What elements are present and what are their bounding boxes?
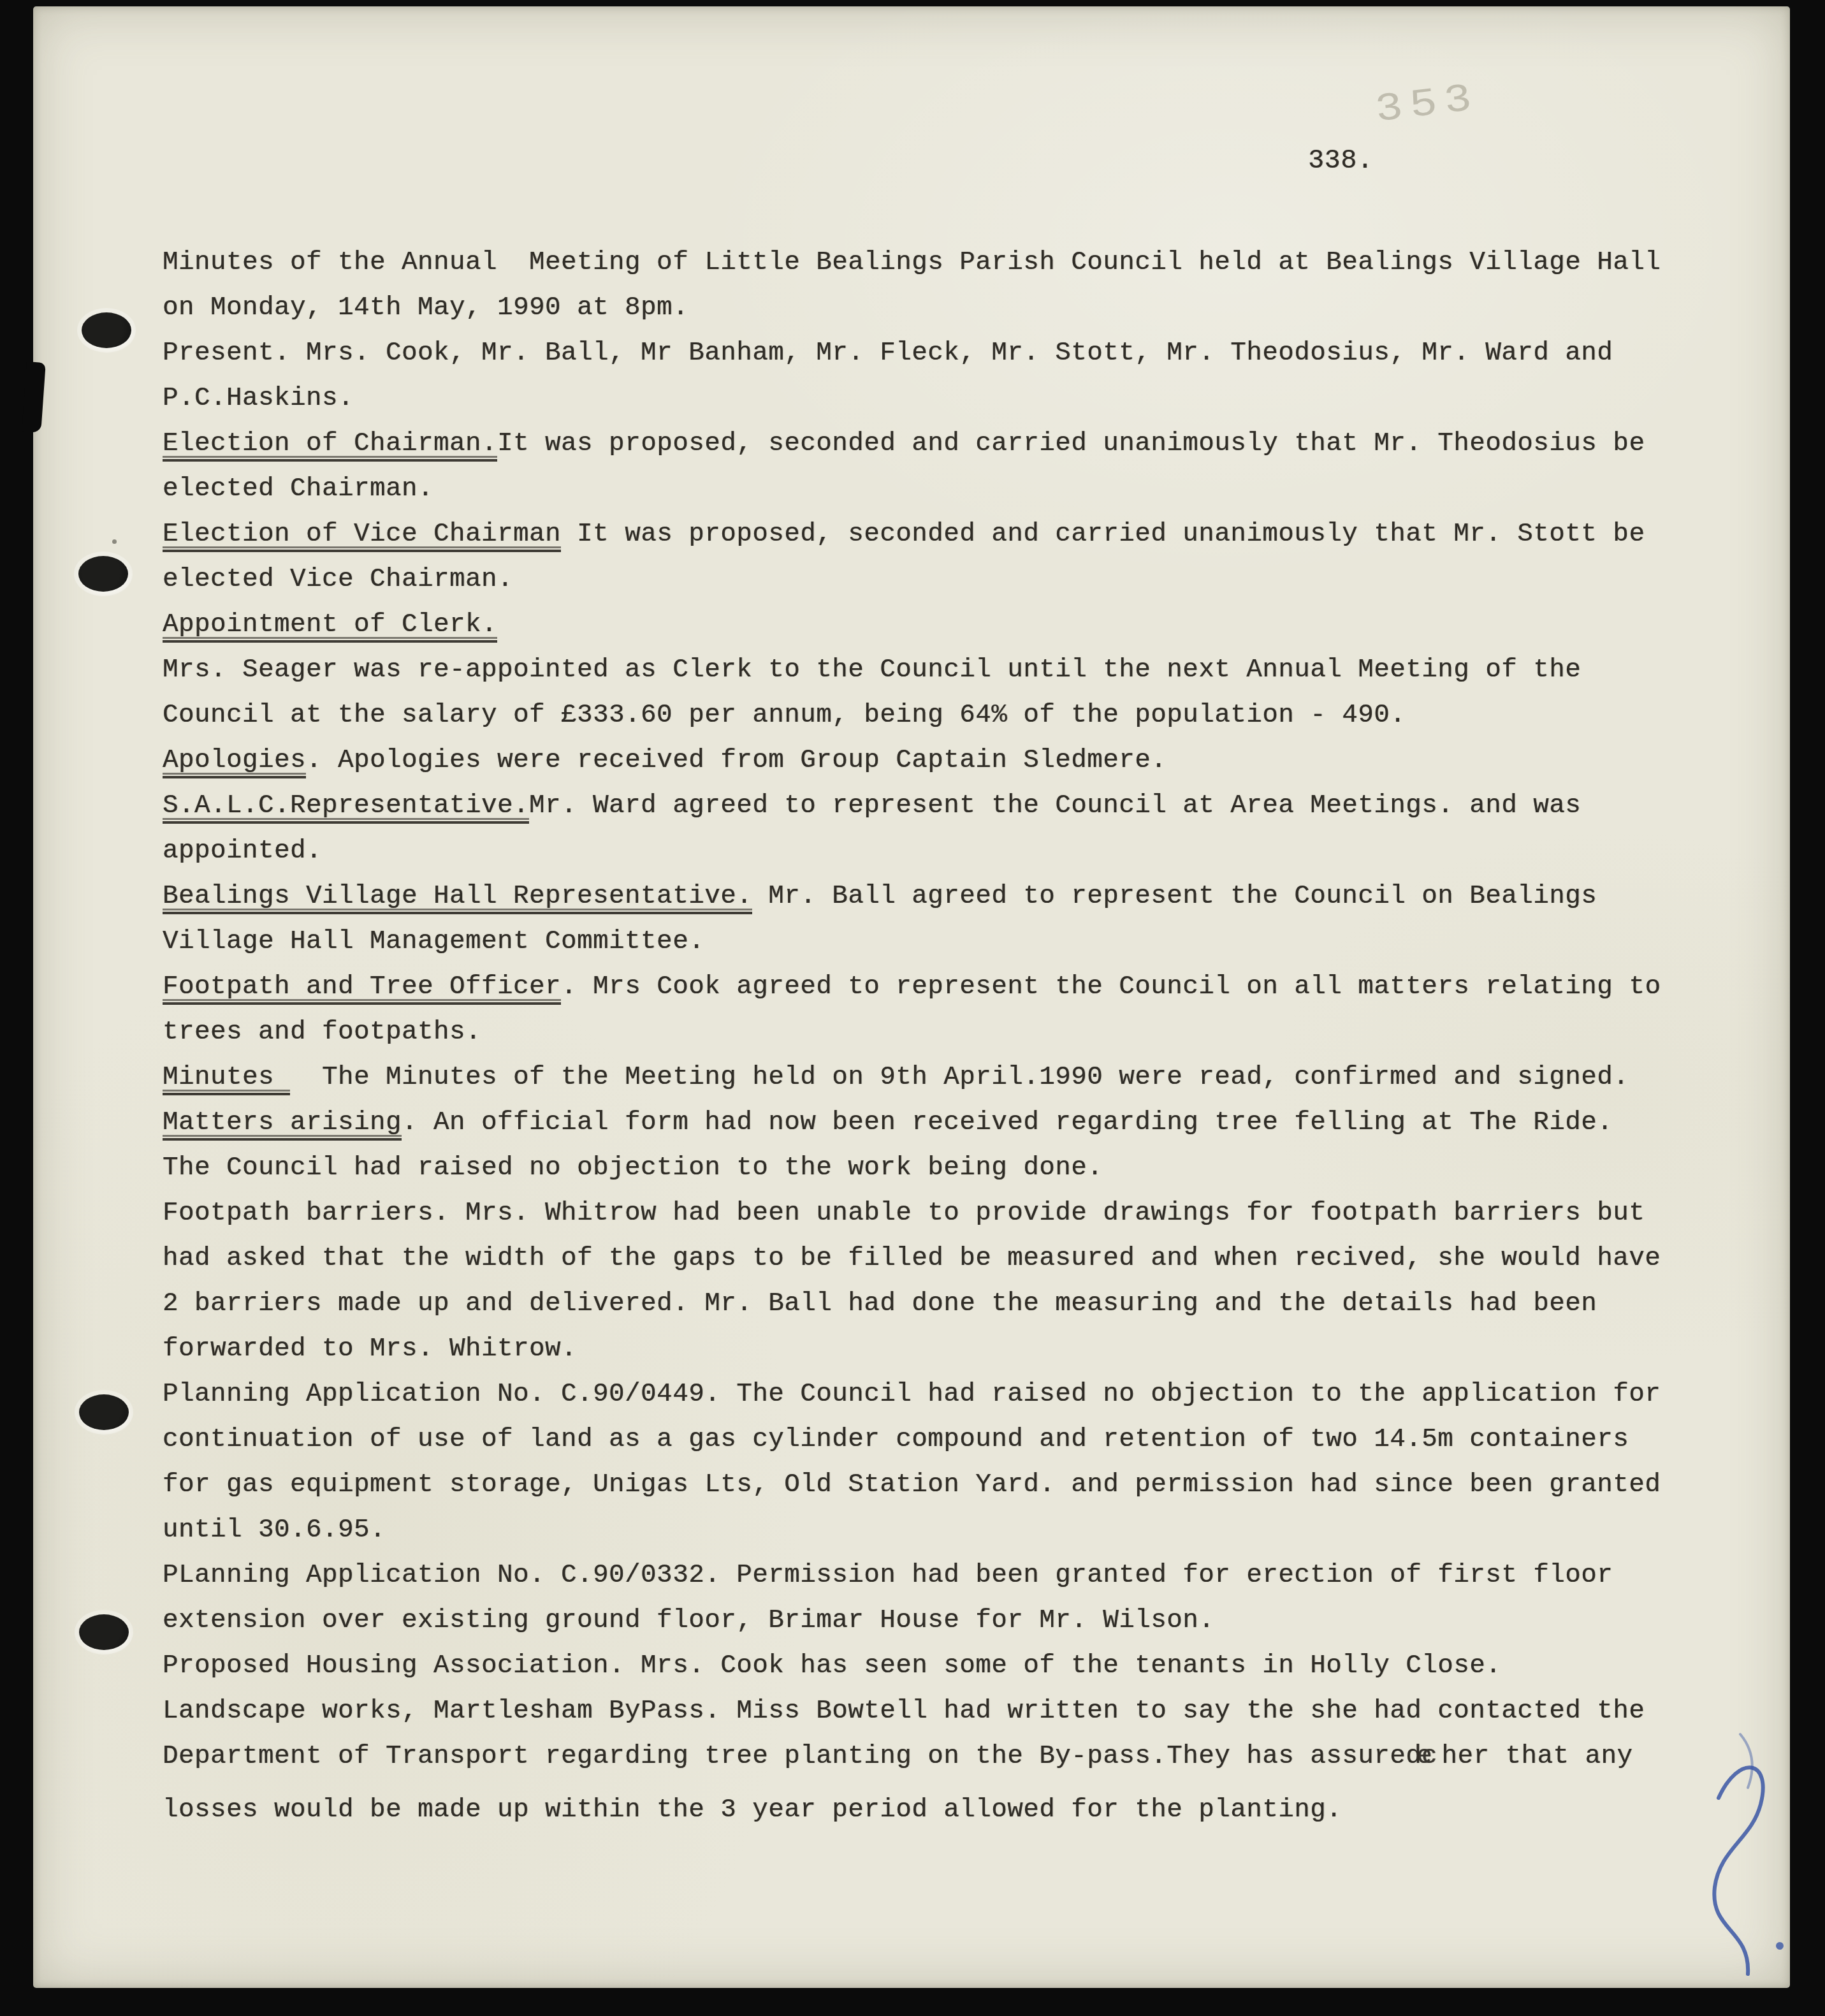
body-text: had asked that the width of the gaps to …: [163, 1244, 1661, 1273]
body-text: for gas equipment storage, Unigas Lts, O…: [163, 1470, 1661, 1500]
body-text: . Apologies were received from Group Cap…: [306, 746, 1167, 775]
body-text: Mr. Ward agreed to represent the Council…: [529, 791, 1581, 821]
text-line: S.A.L.C.Representative.Mr. Ward agreed t…: [163, 784, 1705, 829]
pen-scribble-loop: [1714, 1767, 1763, 1974]
body-text: 2 barriers made up and delivered. Mr. Ba…: [163, 1289, 1597, 1318]
body-text: losses would be made up within the 3 yea…: [163, 1795, 1342, 1825]
body-text: extension over existing ground floor, Br…: [163, 1606, 1214, 1635]
body-text: The Minutes of the Meeting held on 9th A…: [290, 1063, 1629, 1092]
document-body: Minutes of the Annual Meeting of Little …: [163, 240, 1705, 1833]
pen-scribble-arc: [1740, 1734, 1752, 1788]
text-line: Matters arising. An official form had no…: [163, 1100, 1705, 1146]
body-text: It was proposed, seconded and carried un…: [561, 520, 1645, 549]
heading-text: Minutes: [163, 1063, 290, 1095]
body-text: . An official form had now been received…: [402, 1108, 1613, 1137]
hole-punch: [79, 1394, 129, 1430]
heading-text: Matters arising: [163, 1108, 402, 1141]
pen-scribble: [1625, 1721, 1825, 1989]
text-line: P.C.Haskins.: [163, 376, 1705, 421]
text-line: continuation of use of land as a gas cyl…: [163, 1417, 1705, 1463]
text-line: appointed.: [163, 829, 1705, 874]
text-line: The Council had raised no objection to t…: [163, 1146, 1705, 1191]
body-text: until 30.6.95.: [163, 1516, 386, 1545]
text-line: on Monday, 14th May, 1990 at 8pm.: [163, 286, 1705, 331]
body-text: It was proposed, seconded and carried un…: [497, 429, 1645, 458]
body-text: The Council had raised no objection to t…: [163, 1153, 1103, 1183]
body-text: her that any: [1442, 1742, 1633, 1771]
text-line: Landscape works, Martlesham ByPass. Miss…: [163, 1689, 1705, 1734]
body-text: elected Chairman.: [163, 474, 433, 504]
hole-punch: [82, 312, 131, 348]
text-line: Election of Vice Chairman It was propose…: [163, 512, 1705, 557]
scanned-document-page: { "document": { "page_number": "338.", "…: [0, 0, 1825, 2016]
body-text: Mr. Ball agreed to represent the Council…: [752, 882, 1597, 911]
text-line: extension over existing ground floor, Br…: [163, 1598, 1705, 1644]
text-line: for gas equipment storage, Unigas Lts, O…: [163, 1463, 1705, 1508]
body-text: Mrs. Seager was re-appointed as Clerk to…: [163, 655, 1581, 685]
body-text: Department of Transport regarding tree p…: [163, 1742, 1421, 1771]
text-line: PLanning Application No. C.90/0332. Perm…: [163, 1553, 1705, 1598]
body-text: Present. Mrs. Cook, Mr. Ball, Mr Banham,…: [163, 339, 1613, 368]
body-text: Planning Application No. C.90/0449. The …: [163, 1380, 1661, 1409]
text-line: Village Hall Management Committee.: [163, 919, 1705, 965]
text-line: Apologies. Apologies were received from …: [163, 738, 1705, 784]
heading-text: Bealings Village Hall Representative.: [163, 882, 752, 914]
pen-scribble-dot: [1776, 1942, 1784, 1950]
text-line: Department of Transport regarding tree p…: [163, 1734, 1705, 1779]
text-line: Planning Application No. C.90/0449. The …: [163, 1372, 1705, 1417]
body-text: Landscape works, Martlesham ByPass. Miss…: [163, 1697, 1645, 1726]
text-line: Present. Mrs. Cook, Mr. Ball, Mr Banham,…: [163, 331, 1705, 376]
heading-text: S.A.L.C.Representative.: [163, 791, 529, 824]
body-text: trees and footpaths.: [163, 1018, 481, 1047]
body-text: on Monday, 14th May, 1990 at 8pm.: [163, 293, 688, 323]
page-number: 338.: [1308, 145, 1373, 176]
hole-punch: [78, 556, 128, 592]
text-line: Appointment of Clerk.: [163, 603, 1705, 648]
body-text: PLanning Application No. C.90/0332. Perm…: [163, 1561, 1613, 1590]
heading-text: Election of Chairman.: [163, 429, 497, 462]
text-line: 2 barriers made up and delivered. Mr. Ba…: [163, 1282, 1705, 1327]
text-line: Council at the salary of £333.60 per ann…: [163, 693, 1705, 738]
text-line: Footpath and Tree Officer. Mrs Cook agre…: [163, 965, 1705, 1010]
body-text: continuation of use of land as a gas cyl…: [163, 1425, 1629, 1454]
heading-text: Footpath and Tree Officer: [163, 972, 561, 1005]
heading-text: Election of Vice Chairman: [163, 520, 561, 552]
body-text: appointed.: [163, 836, 322, 866]
text-line: Mrs. Seager was re-appointed as Clerk to…: [163, 648, 1705, 693]
body-text: Proposed Housing Association. Mrs. Cook …: [163, 1651, 1501, 1681]
body-text: Village Hall Management Committee.: [163, 927, 704, 956]
ink-speck: [112, 539, 117, 544]
text-line: losses would be made up within the 3 yea…: [163, 1788, 1705, 1833]
heading-text: Apologies: [163, 746, 306, 778]
body-text: Council at the salary of £333.60 per ann…: [163, 701, 1406, 730]
hole-punch: [79, 1614, 129, 1650]
text-line: Bealings Village Hall Representative. Mr…: [163, 874, 1705, 919]
body-text: Minutes of the Annual Meeting of Little …: [163, 248, 1661, 277]
text-line: Footpath barriers. Mrs. Whitrow had been…: [163, 1191, 1705, 1236]
body-text: elected Vice Chairman.: [163, 565, 513, 594]
body-text: . Mrs Cook agreed to represent the Counc…: [561, 972, 1661, 1002]
text-line: forwarded to Mrs. Whitrow.: [163, 1327, 1705, 1372]
body-text: Footpath barriers. Mrs. Whitrow had been…: [163, 1199, 1645, 1228]
text-line: until 30.6.95.: [163, 1508, 1705, 1553]
text-line: elected Chairman.: [163, 467, 1705, 512]
body-text: forwarded to Mrs. Whitrow.: [163, 1334, 577, 1364]
text-line: trees and footpaths.: [163, 1010, 1705, 1055]
text-line: elected Vice Chairman.: [163, 557, 1705, 603]
body-text: P.C.Haskins.: [163, 384, 354, 413]
text-line: Election of Chairman.It was proposed, se…: [163, 421, 1705, 467]
text-line: Minutes The Minutes of the Meeting held …: [163, 1055, 1705, 1100]
text-line: Minutes of the Annual Meeting of Little …: [163, 240, 1705, 286]
text-line: Proposed Housing Association. Mrs. Cook …: [163, 1644, 1705, 1689]
body-text: ec: [1416, 1734, 1426, 1779]
text-line: had asked that the width of the gaps to …: [163, 1236, 1705, 1282]
heading-text: Appointment of Clerk.: [163, 610, 497, 643]
